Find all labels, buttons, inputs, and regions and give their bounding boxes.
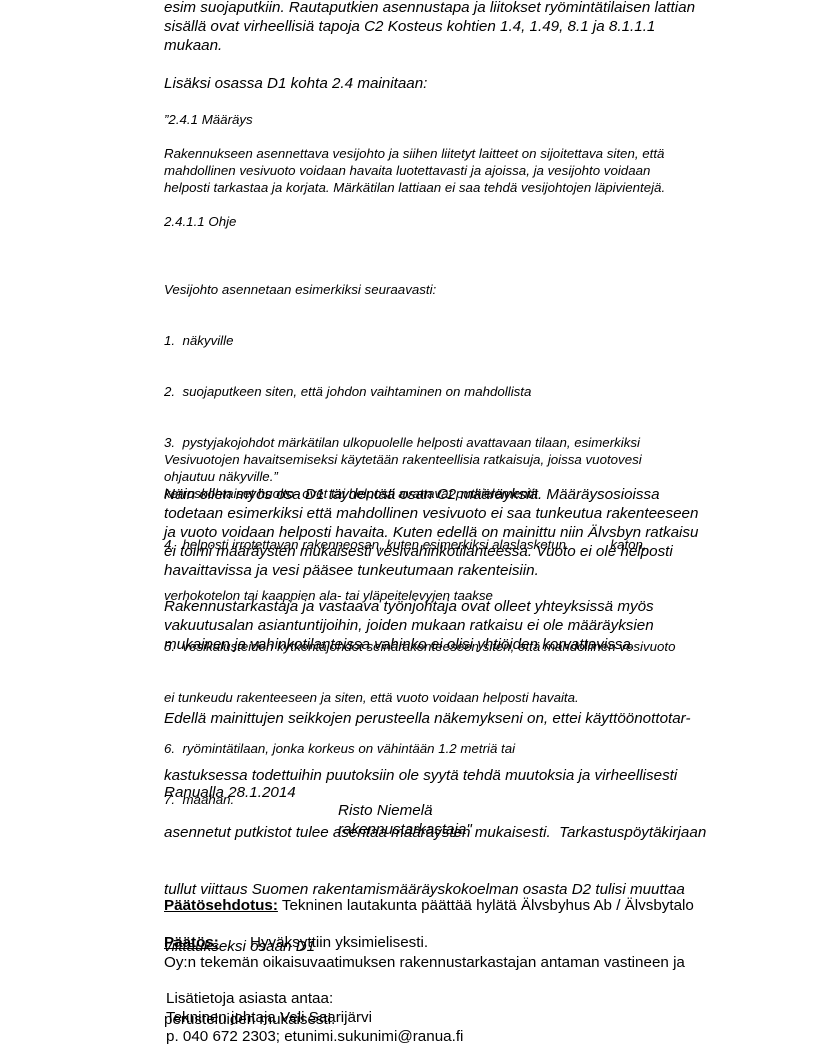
contact-heading: Lisätietoja asiasta antaa: xyxy=(166,989,463,1008)
d1-intro: Lisäksi osassa D1 kohta 2.4 mainitaan: xyxy=(164,74,427,93)
text-line: mukainen ja vahinkotilanteissa vahinko e… xyxy=(164,635,654,654)
signer-name: Risto Niemelä xyxy=(338,801,472,820)
decision-label: Päätös: xyxy=(164,934,219,951)
decision-text: Hyväksyttiin yksimielisesti. xyxy=(250,933,428,952)
paragraph-insurance: Rakennustarkastaja ja vastaava työnjohta… xyxy=(164,597,654,654)
list-item: 2. suojaputkeen siten, että johdon vaiht… xyxy=(164,383,676,400)
text-line: ohjautuu näkyville.” xyxy=(164,468,642,485)
intro-paragraph: esim suojaputkiin. Rautaputkien asennust… xyxy=(164,0,695,55)
text-line: ei toimi määräysten mukaisesti vesivahin… xyxy=(164,542,698,561)
text-line: havaittavissa ja vesi pääsee tunkeutumaa… xyxy=(164,561,698,580)
proposal-text: Oy:n tekemän oikaisuvaatimuksen rakennus… xyxy=(164,953,694,972)
text-line: Edellä mainittujen seikkojen perusteella… xyxy=(164,709,706,728)
text-line: vakuutusalan asiantuntijoihin, joiden mu… xyxy=(164,616,654,635)
signature: Risto Niemelä rakennustarkastaja" xyxy=(338,801,472,839)
text-line: helposti tarkastaa ja korjata. Märkätila… xyxy=(164,179,665,196)
list-item: 1. näkyville xyxy=(164,332,676,349)
text-line: esim suojaputkiin. Rautaputkien asennust… xyxy=(164,0,695,17)
text-line: mukaan. xyxy=(164,36,695,55)
text-line: Rakennukseen asennettava vesijohto ja si… xyxy=(164,145,665,162)
text-line: Vesivuotojen havaitsemiseksi käytetään r… xyxy=(164,451,642,468)
contact-info: Lisätietoja asiasta antaa: Tekninen joht… xyxy=(166,989,463,1046)
text-line: todetaan esimerkiksi että mahdollinen ve… xyxy=(164,504,698,523)
text-line: mahdollinen vesivuoto voidaan havaita lu… xyxy=(164,162,665,179)
place-date: Ranualla 28.1.2014 xyxy=(164,783,296,802)
quote-maarays-text: Rakennukseen asennettava vesijohto ja si… xyxy=(164,145,665,196)
text-line: Näin ollen myös osa D1 täydentää osan C2… xyxy=(164,485,698,504)
proposal-label: Päätösehdotus: xyxy=(164,897,278,914)
contact-details: p. 040 672 2303; etunimi.sukunimi@ranua.… xyxy=(166,1027,463,1046)
quote-heading-maarays: ”2.4.1 Määräys xyxy=(164,111,253,128)
list-intro: Vesijohto asennetaan esimerkiksi seuraav… xyxy=(164,281,676,298)
paragraph-d1-c2: Näin ollen myös osa D1 täydentää osan C2… xyxy=(164,485,698,580)
decision: Päätös: Hyväksyttiin yksimielisesti. xyxy=(164,933,219,952)
proposal-text: Tekninen lautakunta päättää hylätä Älvsb… xyxy=(278,897,694,914)
list-item: 3. pystyjakojohdot märkätilan ulkopuolel… xyxy=(164,434,676,451)
quote-heading-ohje: 2.4.1.1 Ohje xyxy=(164,213,236,230)
quote-closing: Vesivuotojen havaitsemiseksi käytetään r… xyxy=(164,451,642,485)
signer-title: rakennustarkastaja" xyxy=(338,820,472,839)
text-line: Rakennustarkastaja ja vastaava työnjohta… xyxy=(164,597,654,616)
contact-person: Tekninen johtaja Veli Saarijärvi xyxy=(166,1008,463,1027)
text-line: sisällä ovat virheellisiä tapoja C2 Kost… xyxy=(164,17,695,36)
text-line: ja vuoto voidaan helposti havaita. Kuten… xyxy=(164,523,698,542)
